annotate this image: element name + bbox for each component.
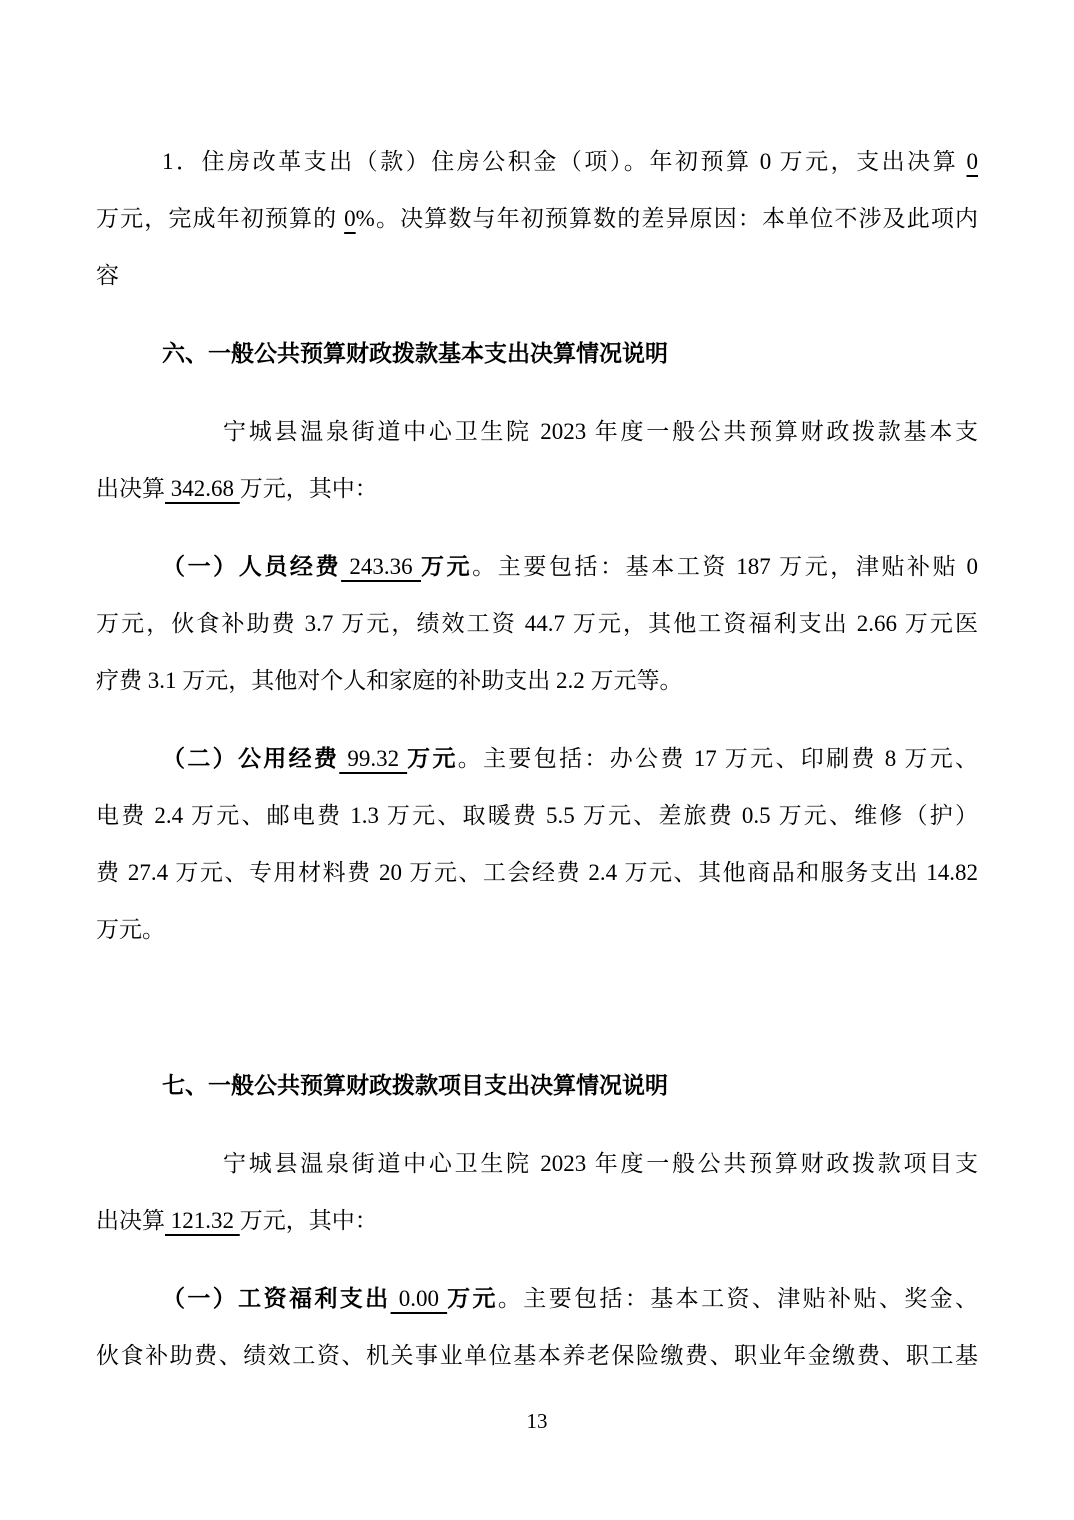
text-line: 1．住房改革支出（款）住房公积金（项）。年初预算 0 万元，支出决算 0 [96,133,978,190]
text-run: 疗费 3.1 万元，其他对个人和家庭的补助支出 2.2 万元等。 [96,668,683,693]
text-run: （一）人员经费 [162,554,341,579]
heading-six-basic-expenditure: 六、一般公共预算财政拨款基本支出决算情况说明 [96,325,978,382]
underlined-value: 243.36 [341,554,421,579]
para-project-expenditure-total: 宁城县温泉街道中心卫生院 2023 年度一般公共预算财政拨款项目支出决算 121… [96,1135,978,1249]
text-line [96,979,978,1036]
text-line: （二）公用经费 99.32 万元。主要包括：办公费 17 万元、印刷费 8 万元… [96,730,978,787]
text-line: 万元，伙食补助费 3.7 万元，绩效工资 44.7 万元，其他工资福利支出 2.… [96,595,978,652]
underlined-value: 121.32 [165,1208,240,1233]
text-run: 容 [96,263,119,288]
text-run: %。决算数与年初预算数的差异原因：本单位不涉及此项内 [356,206,978,231]
para-personnel-funds: （一）人员经费 243.36 万元。主要包括：基本工资 187 万元，津贴补贴 … [96,538,978,709]
underlined-value: 0 [344,206,356,231]
text-line: 容 [96,247,978,304]
text-run: 电费 2.4 万元、邮电费 1.3 万元、取暖费 5.5 万元、差旅费 0.5 … [96,803,978,828]
text-line: 万元，完成年初预算的 0%。决算数与年初预算数的差异原因：本单位不涉及此项内 [96,190,978,247]
text-run: 万元 [421,554,472,579]
underlined-value: 0 [967,149,979,174]
text-run: 六、一般公共预算财政拨款基本支出决算情况说明 [162,341,668,366]
text-run: 伙食补助费、绩效工资、机关事业单位基本养老保险缴费、职业年金缴费、职工基 [96,1343,978,1368]
heading-seven-project-expenditure: 七、一般公共预算财政拨款项目支出决算情况说明 [96,1057,978,1114]
text-line: （一）人员经费 243.36 万元。主要包括：基本工资 187 万元，津贴补贴 … [96,538,978,595]
text-line: 七、一般公共预算财政拨款项目支出决算情况说明 [96,1057,978,1114]
text-run: 。主要包括：基本工资、津贴补贴、奖金、 [498,1286,978,1311]
text-run: 费 27.4 万元、专用材料费 20 万元、工会经费 2.4 万元、其他商品和服… [96,860,978,885]
document-body: 1．住房改革支出（款）住房公积金（项）。年初预算 0 万元，支出决算 0万元，完… [96,133,978,1405]
text-line: （一）工资福利支出 0.00 万元。主要包括：基本工资、津贴补贴、奖金、 [96,1270,978,1327]
text-line: 疗费 3.1 万元，其他对个人和家庭的补助支出 2.2 万元等。 [96,652,978,709]
text-line: 电费 2.4 万元、邮电费 1.3 万元、取暖费 5.5 万元、差旅费 0.5 … [96,787,978,844]
text-run: 万元。 [96,917,165,942]
text-run: 万元 [407,746,458,771]
text-run: （二）公用经费 [162,746,339,771]
text-line: 万元。 [96,901,978,958]
underlined-value: 0.00 [391,1286,448,1311]
para-blank-spacer [96,979,978,1036]
underlined-value: 342.68 [165,476,240,501]
text-run: 万元 [447,1286,498,1311]
text-run [96,995,102,1020]
text-run: 出决算 [96,476,165,501]
text-line: 出决算 342.68 万元，其中： [96,460,978,517]
text-line: 宁城县温泉街道中心卫生院 2023 年度一般公共预算财政拨款基本支 [96,403,978,460]
text-run: 。主要包括：办公费 17 万元、印刷费 8 万元、 [458,746,978,771]
para-salary-welfare-expenditure: （一）工资福利支出 0.00 万元。主要包括：基本工资、津贴补贴、奖金、伙食补助… [96,1270,978,1384]
para-housing-reform-expenditure: 1．住房改革支出（款）住房公积金（项）。年初预算 0 万元，支出决算 0万元，完… [96,133,978,304]
text-run: 万元，其中： [240,476,378,501]
para-public-funds: （二）公用经费 99.32 万元。主要包括：办公费 17 万元、印刷费 8 万元… [96,730,978,958]
text-run: 宁城县温泉街道中心卫生院 2023 年度一般公共预算财政拨款项目支 [223,1151,978,1176]
text-run: （一）工资福利支出 [162,1286,391,1311]
text-line: 出决算 121.32 万元，其中： [96,1192,978,1249]
text-line: 宁城县温泉街道中心卫生院 2023 年度一般公共预算财政拨款项目支 [96,1135,978,1192]
text-run: 七、一般公共预算财政拨款项目支出决算情况说明 [162,1073,668,1098]
underlined-value: 99.32 [339,746,407,771]
text-run: 。主要包括：基本工资 187 万元，津贴补贴 0 [472,554,978,579]
text-run: 宁城县温泉街道中心卫生院 2023 年度一般公共预算财政拨款基本支 [223,419,978,444]
text-run: 万元，完成年初预算的 [96,206,344,231]
page-number: 13 [96,1406,978,1436]
para-basic-expenditure-total: 宁城县温泉街道中心卫生院 2023 年度一般公共预算财政拨款基本支出决算 342… [96,403,978,517]
text-run: 1．住房改革支出（款）住房公积金（项）。年初预算 0 万元，支出决算 [162,149,967,174]
text-run: 出决算 [96,1208,165,1233]
text-line: 六、一般公共预算财政拨款基本支出决算情况说明 [96,325,978,382]
text-run: 万元，伙食补助费 3.7 万元，绩效工资 44.7 万元，其他工资福利支出 2.… [96,611,978,636]
text-run: 万元，其中： [240,1208,378,1233]
text-line: 费 27.4 万元、专用材料费 20 万元、工会经费 2.4 万元、其他商品和服… [96,844,978,901]
text-line: 伙食补助费、绩效工资、机关事业单位基本养老保险缴费、职业年金缴费、职工基 [96,1327,978,1384]
